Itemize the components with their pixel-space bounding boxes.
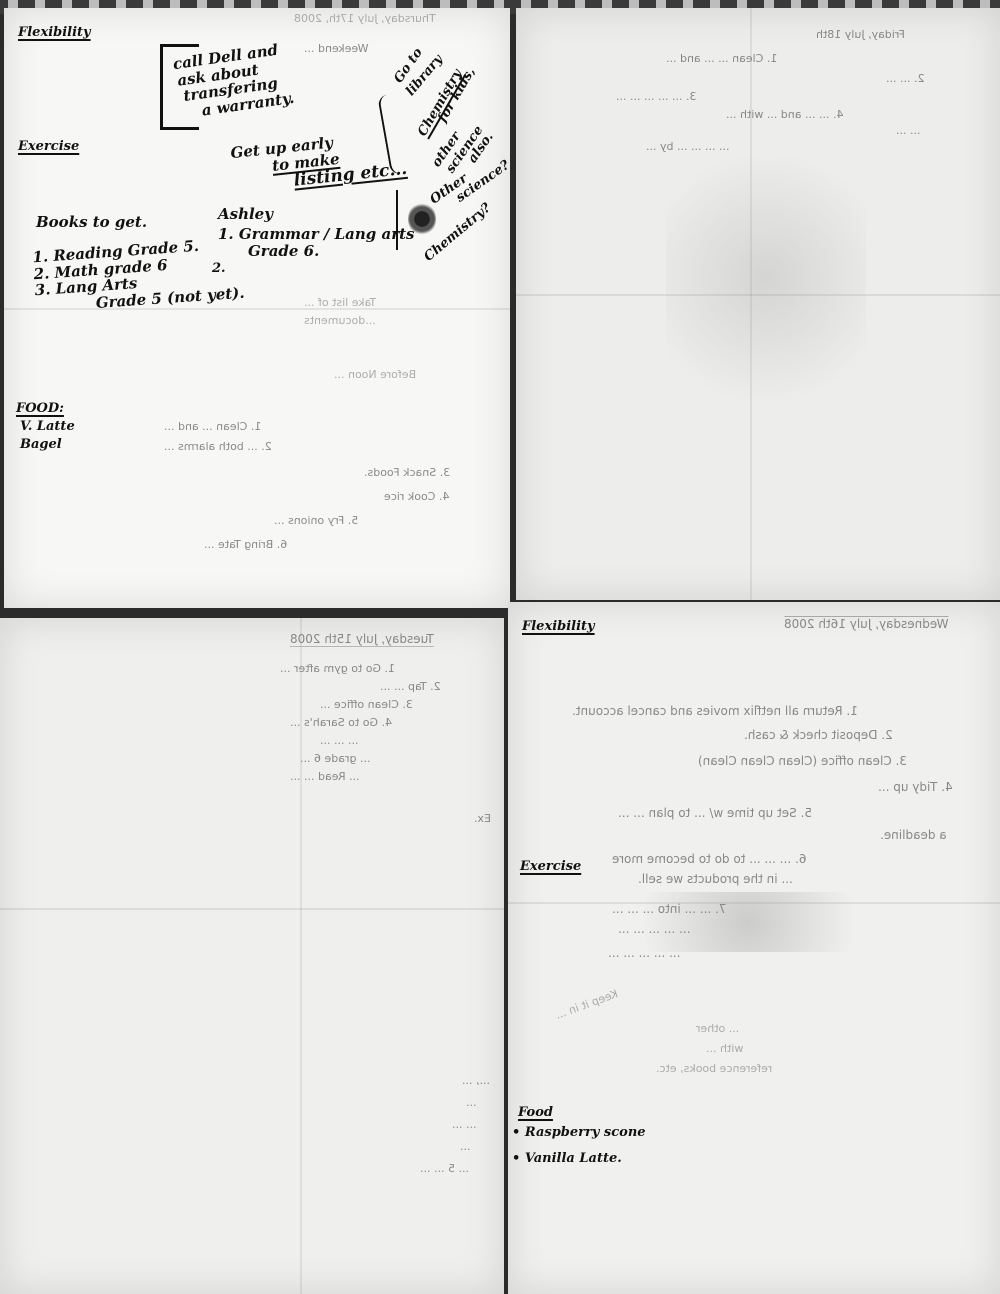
mirrored-item: 4. Tidy up ... bbox=[878, 780, 953, 794]
mirrored-item: 1. Return all netflix movies and cancel … bbox=[572, 704, 858, 718]
mirrored-item: 5. Set up time w/ ... to plan ... ... bbox=[618, 806, 812, 820]
bleed-line: 3. ... ... ... ... ... bbox=[616, 90, 696, 103]
bleed-line: 4. Cook rice bbox=[384, 490, 449, 503]
bleed-list: ... ... bbox=[452, 1118, 476, 1131]
bleed-line: 2. ... ... bbox=[886, 72, 924, 85]
mirrored-note: with ... bbox=[706, 1042, 743, 1055]
flexibility-heading: Flexibility bbox=[522, 620, 595, 634]
bleed-list: ... 5 ... ... bbox=[420, 1162, 469, 1175]
note-call-dell: call Dell and ask about transfering a wa… bbox=[172, 40, 295, 121]
bleed-line: 1. Clean ... ... and ... bbox=[666, 52, 777, 65]
bleed-line: ... ... ... ... by ... bbox=[646, 140, 729, 153]
bleed-line: 1. Clean ... and ... bbox=[164, 420, 261, 433]
bleed-line: 3. Clean office ... bbox=[320, 698, 413, 711]
bleed-line: Take list of ... bbox=[304, 296, 376, 309]
page-bottom-right: Flexibility Wednesday, July 16th 2008 1.… bbox=[508, 602, 1000, 1294]
ashley-books: 1. Grammar / Lang arts Grade 6. bbox=[218, 226, 414, 259]
bleed-list: ... bbox=[466, 1096, 477, 1109]
bleed-line: ... ... bbox=[896, 124, 920, 137]
ashley-item-2: 2. bbox=[212, 262, 226, 276]
bleed-line: 2. ... both alarms ... bbox=[164, 440, 272, 453]
bleed-list: ... bbox=[460, 1140, 471, 1153]
mirrored-item: a deadline. bbox=[880, 828, 947, 842]
bleed-line: ... grade 6 ... bbox=[300, 752, 370, 765]
exercise-heading: Exercise bbox=[18, 140, 79, 154]
food-heading: FOOD: bbox=[16, 402, 64, 416]
exercise-heading: Exercise bbox=[520, 860, 581, 874]
bleed-header: Thursday, July 17th, 2008 bbox=[294, 12, 436, 25]
mirrored-note: ... other bbox=[696, 1022, 739, 1035]
mirrored-item: 2. Deposit check & cash. bbox=[744, 728, 893, 742]
page-bottom-left: Tuesday, July 15th 2008 1. Go to gym aft… bbox=[0, 618, 504, 1294]
mirrored-note: reference books, etc. bbox=[656, 1062, 772, 1075]
bleed-line: ...documents bbox=[304, 314, 376, 327]
fold-crease bbox=[0, 908, 504, 910]
mirrored-date: Wednesday, July 16th 2008 bbox=[784, 616, 948, 631]
bleed-line: 3. Snack Foods. bbox=[364, 466, 450, 479]
bleed-line: 2. Tap ... ... bbox=[380, 680, 441, 693]
bleed-line: 5. Fry onions ... bbox=[274, 514, 358, 527]
bleed-line: 4. ... ... and ... with ... bbox=[726, 108, 843, 121]
bleed-list: ..., ... bbox=[462, 1074, 490, 1087]
bleed-line: 1. Go to gym after ... bbox=[280, 662, 395, 675]
bleed-line: 6. Bring Tate ... bbox=[204, 538, 287, 551]
mirrored-item: 6. ... ... ... to do to become more bbox=[612, 852, 806, 866]
page-top-left: Thursday, July 17th, 2008 Weekend ... Ta… bbox=[4, 8, 510, 608]
bleed-line: ... Read ... ... bbox=[290, 770, 360, 783]
ashley-heading: Ashley bbox=[218, 206, 273, 223]
mirrored-item: ... in the products we sell. bbox=[638, 872, 793, 886]
bleed-line: 4. Go to Sarah's ... bbox=[290, 716, 392, 729]
bleed-line: ... ... ... bbox=[320, 734, 358, 747]
flexibility-heading: Flexibility bbox=[18, 26, 91, 40]
page-top-right: Friday, July 18th 1. Clean ... ... and .… bbox=[516, 8, 1000, 600]
paper-smudge bbox=[666, 128, 866, 428]
bleed-line: Ex. bbox=[474, 812, 491, 825]
bleed-header: Weekend ... bbox=[304, 42, 368, 55]
mirrored-note: Keep it in ... bbox=[554, 987, 620, 1022]
books-heading: Books to get. bbox=[36, 214, 147, 231]
food-list: V. Latte Bagel bbox=[20, 420, 75, 453]
food-heading: Food bbox=[518, 1106, 553, 1120]
bleed-line: Before Noon ... bbox=[334, 368, 416, 381]
food-list: Raspberry scone Vanilla Latte. bbox=[512, 1126, 646, 1167]
note-get-up: Get up early to make listing etc... bbox=[230, 127, 408, 197]
paper-smudge bbox=[598, 892, 898, 952]
mirrored-item: 3. Clean office (Clean Clean Clean) bbox=[698, 754, 907, 768]
bleed-header: Friday, July 18th bbox=[816, 28, 905, 41]
bleed-header: Tuesday, July 15th 2008 bbox=[290, 632, 434, 647]
